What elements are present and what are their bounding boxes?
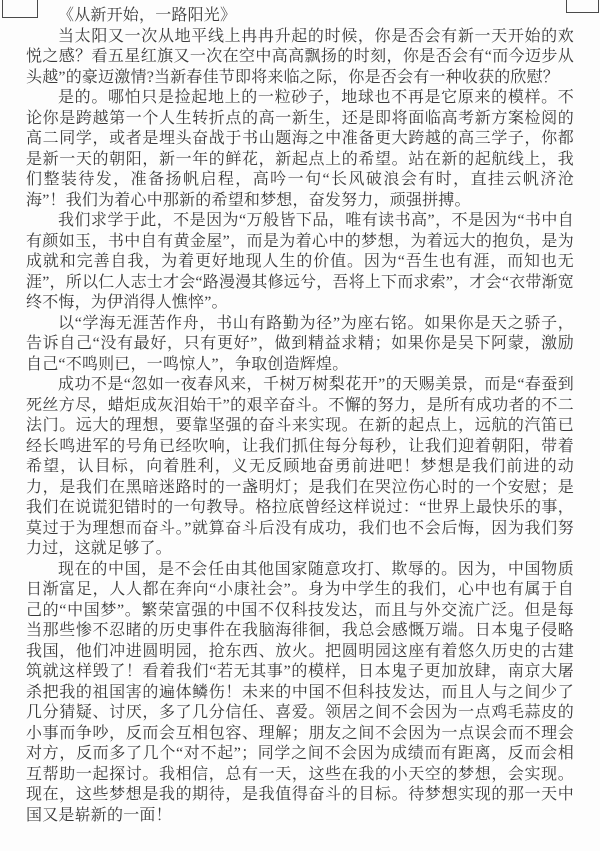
essay-paragraph: 当太阳又一次从地平线上冉冉升起的时候，你是否会有新一天开始的欢悦之感？看五星红旗…	[26, 27, 574, 89]
essay-body: 《从新开始，一路阳光》 当太阳又一次从地平线上冉冉升起的时候，你是否会有新一天开…	[26, 6, 574, 826]
essay-paragraph: 我们求学于此，不是因为“万般皆下品，唯有读书高”，不是因为“书中自有颜如玉，书中…	[26, 211, 574, 314]
essay-paragraph: 是的。哪怕只是捡起地上的一粒砂子，地球也不再是它原来的模样。不论你是跨越第一个人…	[26, 88, 574, 211]
essay-paragraph: 以“学海无涯苦作舟，书山有路勤为径”为座右铭。如果你是天之骄子，告诉自己“没有最…	[26, 314, 574, 376]
document-page: 《从新开始，一路阳光》 当太阳又一次从地平线上冉冉升起的时候，你是否会有新一天开…	[0, 0, 600, 851]
essay-title: 《从新开始，一路阳光》	[26, 6, 574, 27]
essay-paragraph: 成功不是“忽如一夜春风来，千树万树梨花开”的天赐美景，而是“春蚕到死丝方尽，蜡炬…	[26, 375, 574, 560]
essay-paragraph: 现在的中国，是不会任由其他国家随意攻打、欺辱的。因为，中国物质日渐富足，人人都在…	[26, 560, 574, 827]
